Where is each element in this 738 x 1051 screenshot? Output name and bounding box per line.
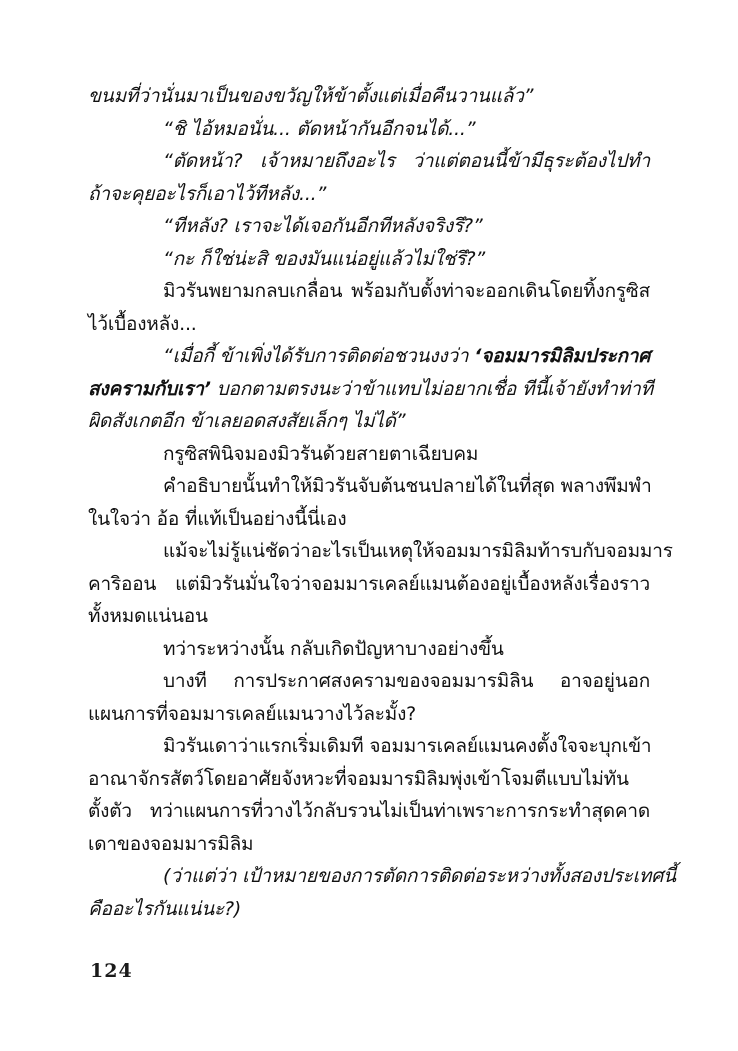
text-line: แม้จะไม่รู้แน่ชัดว่าอะไรเป็นเหตุให้จอมมา…	[163, 535, 650, 568]
text-line: คืออะไรกันแน่นะ?)	[88, 893, 650, 926]
text-line: คำอธิบายนั้นทำให้มิวรันจับต้นชนปลายได้ใน…	[163, 470, 650, 503]
text-line: “ตัดหน้า? เจ้าหมายถึงอะไร ว่าแต่ตอนนี้ข้…	[163, 145, 650, 178]
text-line: แผนการที่จอมมารเคลย์แมนวางไว้ละมั้ง?	[88, 698, 650, 731]
text-line: ไว้เบื้องหลัง...	[88, 308, 650, 341]
text-line: กรูซิสพินิจมองมิวรันด้วยสายตาเฉียบคม	[163, 438, 650, 471]
text-line: (ว่าแต่ว่า เป้าหมายของการตัดการติดต่อระห…	[163, 860, 650, 893]
text-line: ขนมที่ว่านั่นมาเป็นของขวัญให้ข้าตั้งแต่เ…	[88, 80, 650, 113]
text-line: คาริออน แต่มิวรันมั่นใจว่าจอมมารเคลย์แมน…	[88, 568, 650, 601]
text-line: มิวรันเดาว่าแรกเริ่มเดิมที จอมมารเคลย์แม…	[163, 730, 650, 763]
text-line: ผิดสังเกตอีก ข้าเลยอดสงสัยเล็กๆ ไม่ได้”	[88, 405, 650, 438]
body-text: ขนมที่ว่านั่นมาเป็นของขวัญให้ข้าตั้งแต่เ…	[88, 80, 650, 925]
text-line: “ชิ ไอ้หมอนั่น... ตัดหน้ากันอีกจนได้...”	[163, 113, 650, 146]
text-line: ทว่าระหว่างนั้น กลับเกิดปัญหาบางอย่างขึ้…	[163, 633, 650, 666]
text-segment: บอกตามตรงนะว่าข้าแทบไม่อยากเชื่อ ทีนี้เจ…	[211, 378, 653, 400]
text-line: มิวรันพยามกลบเกลื่อน พร้อมกับตั้งท่าจะออ…	[163, 275, 650, 308]
page-number: 124	[90, 960, 133, 982]
text-line: “เมื่อกี้ ข้าเพิ่งได้รับการติดต่อชวนงงว่…	[163, 340, 650, 373]
text-line: ทั้งหมดแน่นอน	[88, 600, 650, 633]
book-page: ขนมที่ว่านั่นมาเป็นของขวัญให้ข้าตั้งแต่เ…	[0, 0, 738, 1051]
text-segment: “เมื่อกี้ ข้าเพิ่งได้รับการติดต่อชวนงงว่…	[163, 345, 474, 367]
text-line: สงครามกับเรา’ บอกตามตรงนะว่าข้าแทบไม่อยา…	[88, 373, 650, 406]
text-line: เดาของจอมมารมิลิม	[88, 828, 650, 861]
text-line: ถ้าจะคุยอะไรก็เอาไว้ทีหลัง...”	[88, 178, 650, 211]
emphasized-quote: สงครามกับเรา’	[88, 378, 211, 400]
text-line: บางที การประกาศสงครามของจอมมารมิลิน อาจอ…	[163, 665, 650, 698]
emphasized-quote: ‘จอมมารมิลิมประกาศ	[474, 345, 650, 367]
text-line: อาณาจักรสัตว์โดยอาศัยจังหวะที่จอมมารมิลิ…	[88, 763, 650, 796]
text-line: “กะ ก็ใช่น่ะสิ ของมันแน่อยู่แล้วไม่ใช่รึ…	[163, 243, 650, 276]
text-line: ตั้งตัว ทว่าแผนการที่วางไว้กลับรวนไม่เป็…	[88, 795, 650, 828]
text-line: “ทีหลัง? เราจะได้เจอกันอีกทีหลังจริงรึ?”	[163, 210, 650, 243]
text-line: ในใจว่า อ้อ ที่แท้เป็นอย่างนี้นี่เอง	[88, 503, 650, 536]
